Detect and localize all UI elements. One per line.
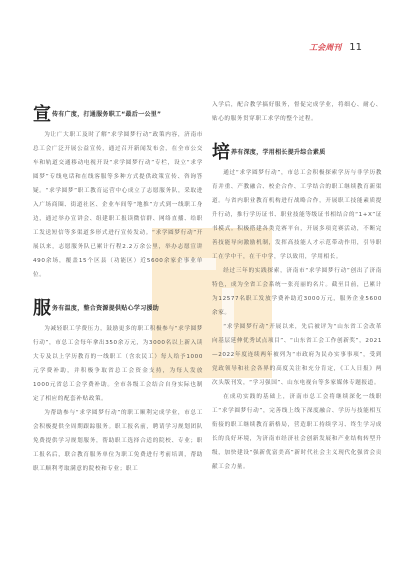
paragraph: 经过三年的实践探索，济南市“求学圆梦行动”创出了济南特色，成为全省工会系统一张亮…: [212, 264, 382, 320]
section-heading-publicity: 宣 传有广度，打通服务职工“最后一公里”: [33, 106, 203, 124]
left-column: 宣 传有广度，打通服务职工“最后一公里” 为让广大职工及时了解“求学圆梦行动”政…: [33, 98, 203, 476]
heading-lead-char: 服: [33, 300, 51, 318]
page-header: 工会周刊 11: [309, 42, 362, 53]
heading-lead-char: 培: [212, 144, 230, 162]
paragraph: 为帮助参与“求学圆梦行动”的职工顺利完成学业，市总工会积极提供全周期跟踪服务。职…: [33, 406, 203, 476]
paragraph: “求学圆梦行动”开展以来，先后被评为“山东省工会改革向基层延伸优秀试点项目”、“…: [212, 320, 382, 390]
heading-lead-char: 宣: [33, 106, 51, 124]
paragraph: 在成功实践的基础上，济南市总工会将继续深化一线职工“求学圆梦行动”，完善线上线下…: [212, 390, 382, 474]
paragraph: 为减轻职工学费压力，鼓励更多的职工积极参与“求学圆梦行动”，市总工会每年拿出35…: [33, 322, 203, 406]
heading-title: 传有广度，打通服务职工“最后一公里”: [52, 108, 161, 122]
section-heading-training: 培 养有深度，学用相长提升综合素质: [212, 144, 382, 162]
paragraph-continuation: 入学后，配合教学搞好服务，督促完成学业，将细心、耐心、贴心的服务贯穿职工求学的整…: [212, 98, 382, 126]
section-heading-service: 服 务有温度，整合资源提供贴心学习援助: [33, 300, 203, 318]
page-number: 11: [349, 42, 362, 53]
heading-title: 务有温度，整合资源提供贴心学习援助: [52, 302, 159, 316]
paragraph: 通过“求学圆梦行动”，市总工会积极探索学历与非学历教育并重、产教融合、校企合作、…: [212, 166, 382, 264]
heading-title: 养有深度，学用相长提升综合素质: [231, 146, 326, 160]
right-column: 入学后，配合教学搞好服务，督促完成学业，将细心、耐心、贴心的服务贯穿职工求学的整…: [212, 98, 382, 474]
section-tag: 工会周刊: [309, 42, 341, 53]
paragraph: 为让广大职工及时了解“求学圆梦行动”政策内容，济南市总工会广泛开展公益宣传，通过…: [33, 128, 203, 282]
